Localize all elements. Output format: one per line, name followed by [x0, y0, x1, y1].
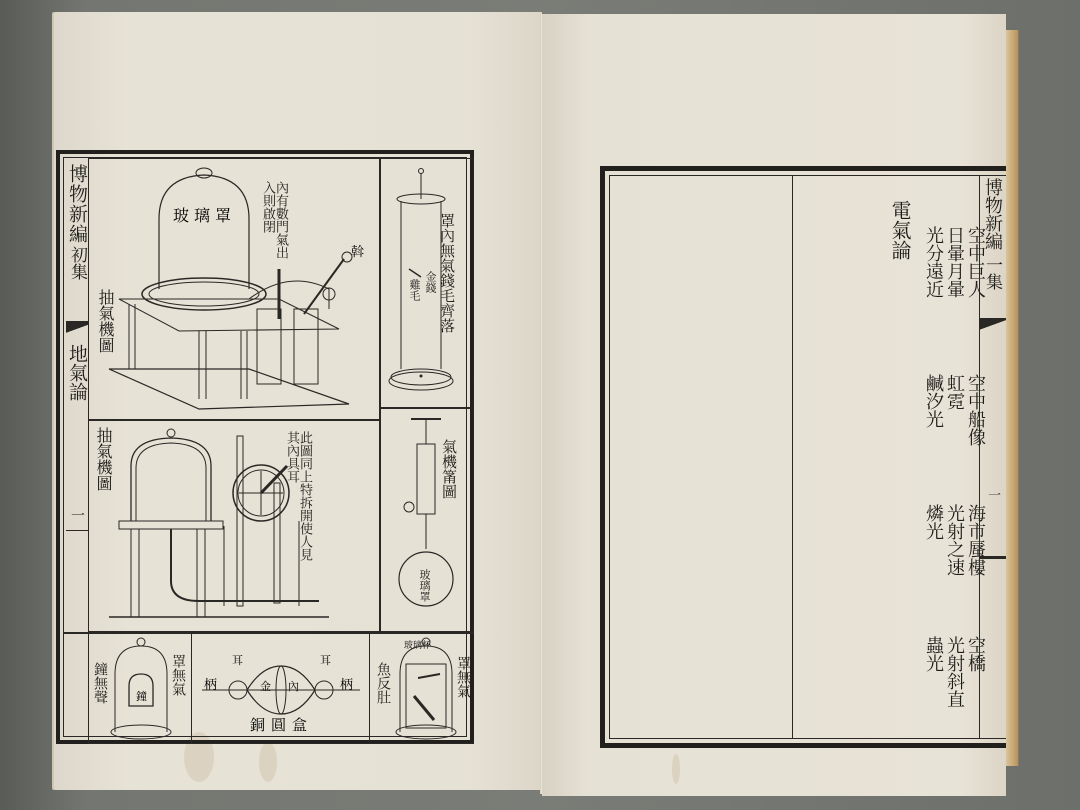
paper-stain	[259, 742, 277, 782]
air-pump-section-drawing	[89, 421, 381, 633]
right-volume-label: 一集	[983, 256, 1000, 290]
paper-stain	[672, 754, 680, 784]
right-inner-border: 電氣論 空中巨人 日暈月暈 光分遠近 空中船像 虹霓 鹹汐光 海市蜃樓 光射之速…	[609, 175, 1006, 739]
page-number: 一	[70, 508, 84, 522]
topic: 虹霓	[945, 374, 963, 410]
hemispheres-drawing	[192, 634, 370, 744]
right-page-frame: 電氣論 空中巨人 日暈月暈 光分遠近 空中船像 虹霓 鹹汐光 海市蜃樓 光射之速…	[600, 166, 1006, 748]
right-book-title: 博物新編	[983, 178, 1001, 250]
volume-label: 初集	[68, 246, 85, 280]
column-divider	[792, 176, 793, 738]
topic: 光分遠近	[924, 226, 942, 298]
syringe-pump-drawing	[381, 409, 475, 633]
topic: 蟲光	[924, 636, 942, 672]
left-page-frame: 博物新編 初集 地氣論 一 抽氣機圖 玻璃罩 內有數門氣出入則啟閉 斡	[56, 150, 474, 744]
chapter-title: 電氣論	[890, 200, 910, 260]
page-edge	[1006, 30, 1019, 766]
panel-fish-in-jar: 魚反肚 罩無氣 玻璃杯	[370, 634, 474, 744]
bell-jar-drawing	[89, 634, 193, 744]
topic: 光射斜直	[945, 636, 963, 708]
right-page-number: 一	[986, 488, 999, 501]
air-pump-drawing	[89, 159, 381, 421]
panel-syringe-pump: 氣機筩圖 玻璃罩	[380, 408, 474, 632]
topic: 光射之速	[945, 504, 963, 576]
section-title: 地氣論	[67, 344, 86, 401]
topic: 日暈月暈	[945, 226, 963, 298]
book-title: 博物新編	[67, 164, 86, 244]
fishtail-mark	[66, 321, 88, 339]
topic: 鹹汐光	[924, 374, 942, 428]
right-margin-column: 博物新編 一集 一	[979, 176, 1006, 738]
panel-air-pump: 抽氣機圖 玻璃罩 內有數門氣出入則啟閉 斡	[88, 158, 380, 420]
fish-jar-drawing	[370, 634, 474, 744]
vacuum-tube-drawing	[381, 159, 475, 409]
panel-hemispheres: 柄 柄 耳 耳 金 內 銅圓盒	[192, 634, 370, 744]
panel-bell-in-jar: 鐘無聲 罩無氣 鐘	[88, 634, 192, 744]
topic: 燐光	[924, 504, 942, 540]
left-inner-border: 博物新編 初集 地氣論 一 抽氣機圖 玻璃罩 內有數門氣出入則啟閉 斡	[63, 157, 467, 737]
panel-air-pump-section: 抽氣機圖 此圖同上特拆開使人見其內具耳	[88, 420, 380, 632]
margin-rule	[980, 556, 1006, 559]
margin-rule	[66, 530, 88, 531]
panel-vacuum-tube: 罩內無氣錢毛齊落 金錢 雞毛	[380, 158, 474, 408]
right-fishtail-mark	[980, 318, 1006, 334]
